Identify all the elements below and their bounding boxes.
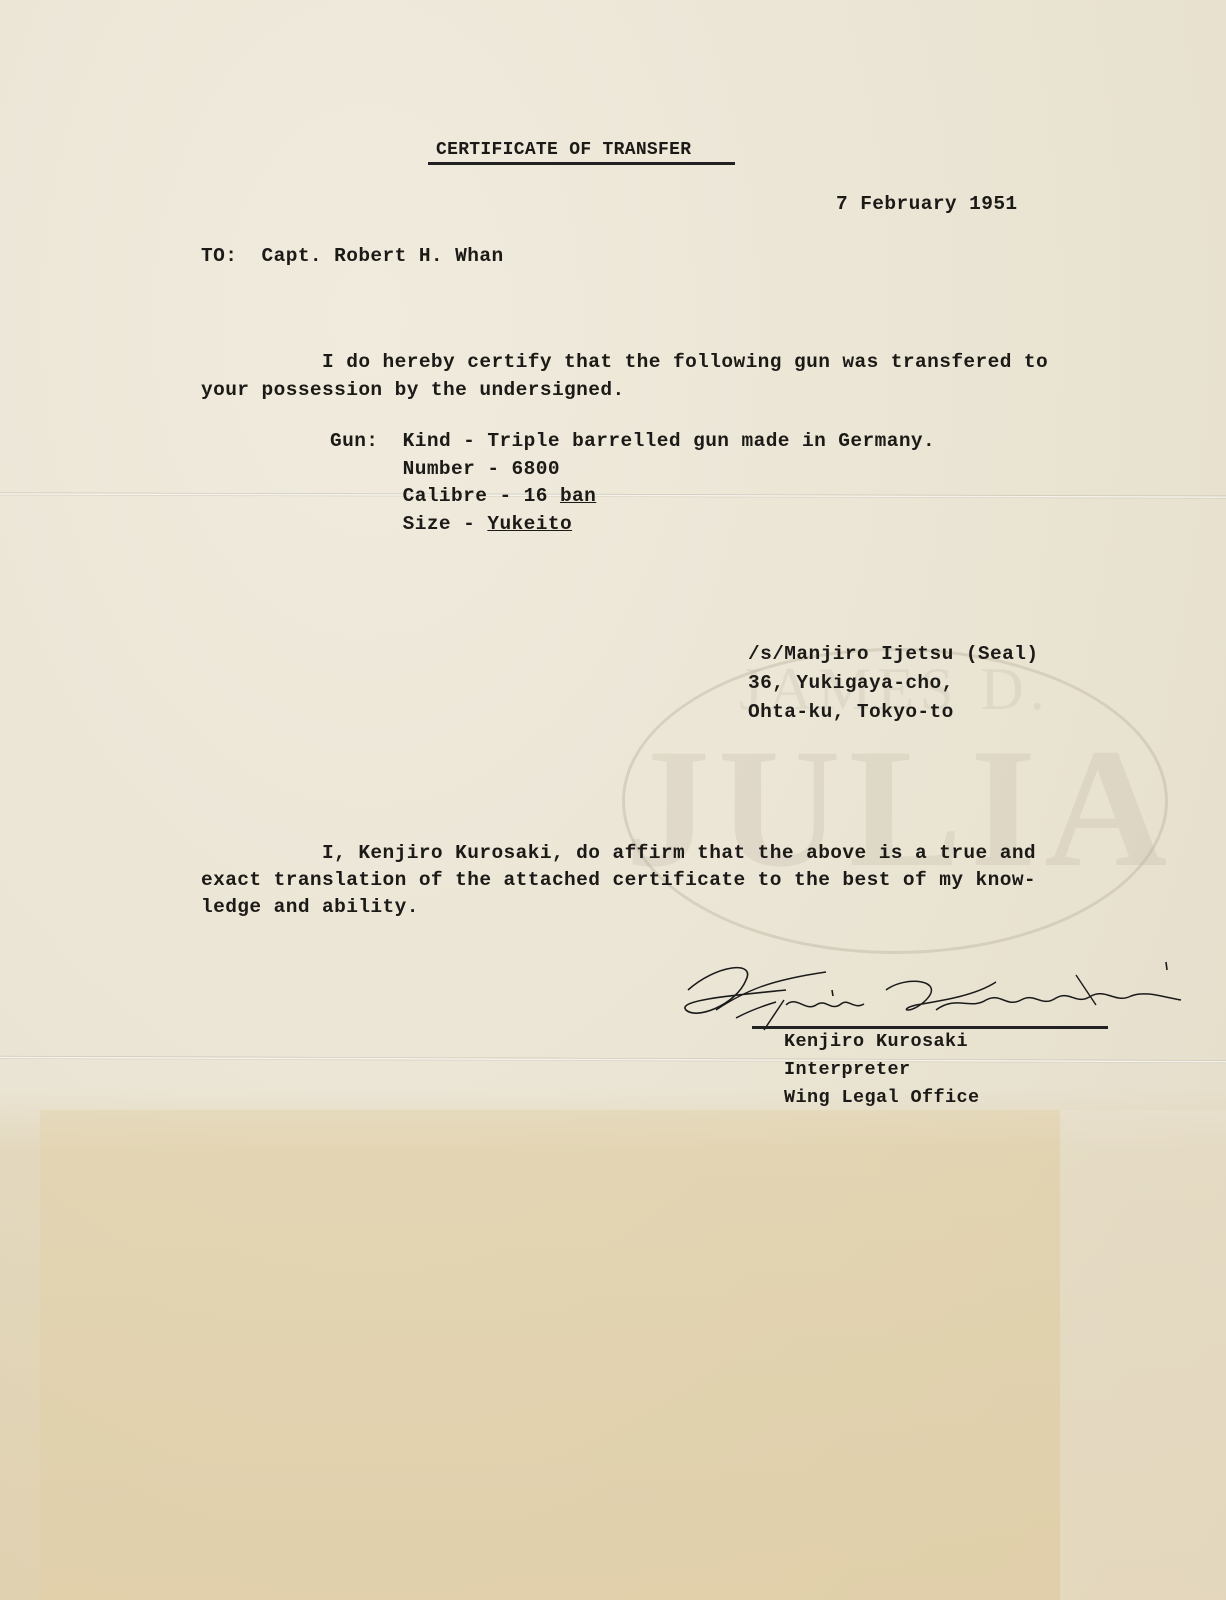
document-date: 7 February 1951 (836, 193, 1018, 215)
signatory-name: /s/Manjiro Ijetsu (Seal) (748, 640, 1038, 669)
interpreter-office: Wing Legal Office (784, 1084, 980, 1112)
translation-affirmation: I, Kenjiro Kurosaki, do affirm that the … (201, 840, 1036, 921)
paragraph-line: exact translation of the attached certif… (201, 867, 1036, 894)
gun-calibre-line: Calibre - 16 ban (330, 483, 935, 511)
size-label: Size - (403, 513, 488, 535)
certification-paragraph: I do hereby certify that the following g… (201, 348, 1048, 404)
paper-band (1060, 1110, 1226, 1600)
interpreter-block: Kenjiro KurosakiInterpreterWing Legal Of… (784, 1028, 980, 1112)
signatory-block: /s/Manjiro Ijetsu (Seal)36, Yukigaya-cho… (748, 640, 1038, 727)
signatory-address-2: Ohta-ku, Tokyo-to (748, 698, 1038, 727)
calibre-unit: ban (560, 485, 596, 507)
paragraph-line: ledge and ability. (201, 894, 1036, 921)
size-value: Yukeito (487, 513, 572, 535)
gun-kind: Kind - Triple barrelled gun made in Germ… (403, 430, 935, 452)
recipient-line: TO: Capt. Robert H. Whan (201, 245, 504, 267)
gun-label: Gun: (330, 430, 378, 452)
paper-stain (40, 1110, 1060, 1600)
gun-number-line: Number - 6800 (330, 456, 935, 484)
document-title: CERTIFICATE OF TRANSFER (436, 140, 691, 160)
interpreter-name: Kenjiro Kurosaki (784, 1028, 980, 1056)
gun-size-line: Size - Yukeito (330, 511, 935, 539)
interpreter-title: Interpreter (784, 1056, 980, 1084)
paragraph-line: I, Kenjiro Kurosaki, do affirm that the … (201, 840, 1036, 867)
gun-number: 6800 (512, 458, 560, 480)
title-underline (428, 162, 735, 165)
calibre-label: Calibre - 16 (403, 485, 560, 507)
gun-kind-line: Gun: Kind - Triple barrelled gun made in… (330, 428, 935, 456)
number-label: Number - (403, 458, 512, 480)
signatory-address-1: 36, Yukigaya-cho, (748, 669, 1038, 698)
gun-details: Gun: Kind - Triple barrelled gun made in… (330, 428, 935, 538)
paragraph-line: your possession by the undersigned. (201, 376, 1048, 404)
paragraph-line: I do hereby certify that the following g… (201, 348, 1048, 376)
